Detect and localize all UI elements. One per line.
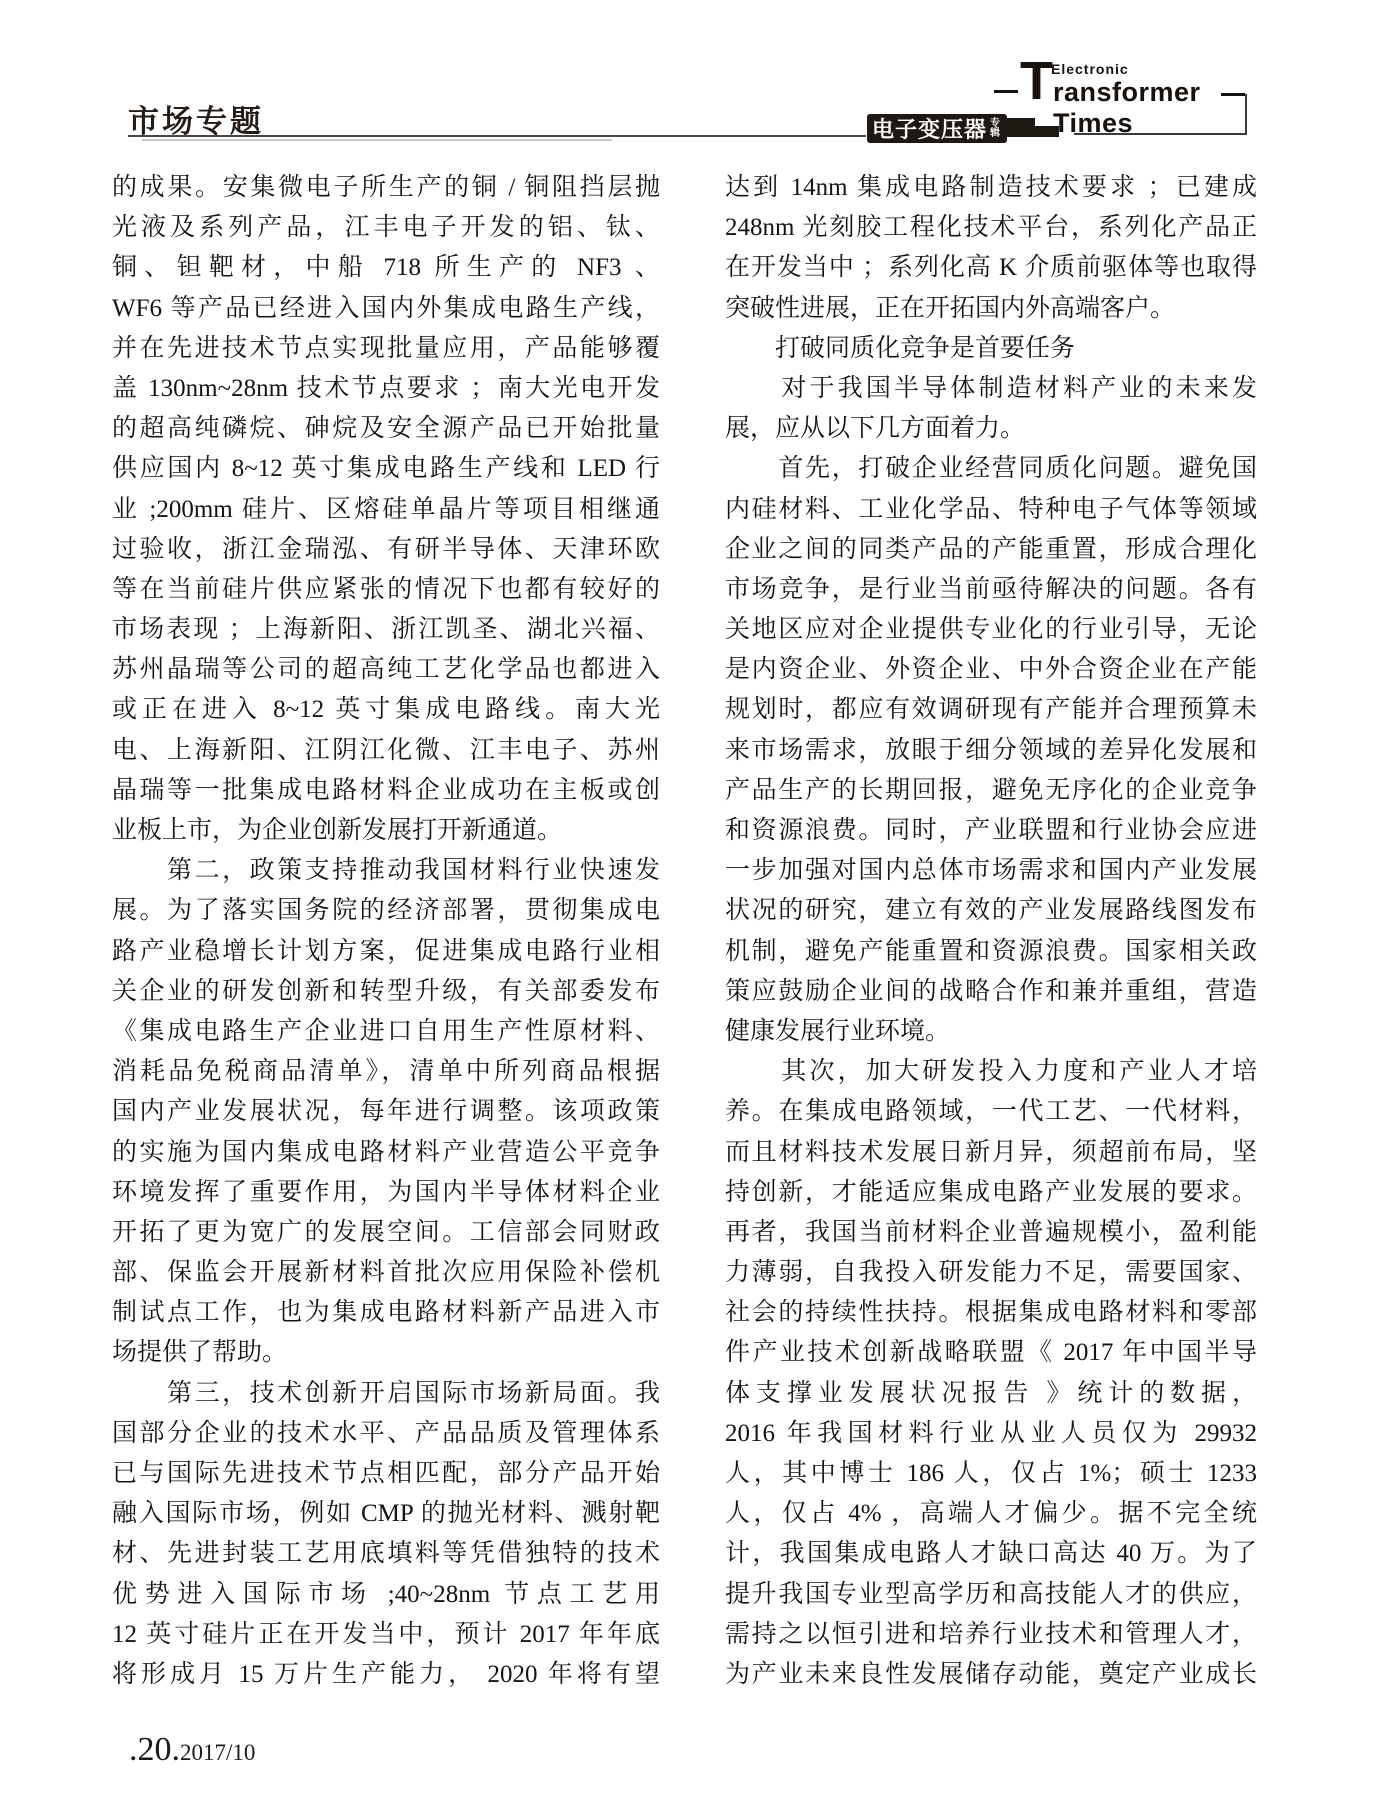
text-line: 打破同质化竞争是首要任务 [725,329,1257,369]
text-line: 是内资企业、外资企业、中外合资企业在产能 [725,650,1257,690]
text-line: 关地区应对企业提供专业化的行业引导，无论 [725,610,1257,650]
text-line: 业 ;200mm 硅片、区熔硅单晶片等项目相继通 [112,490,660,530]
text-line: 养。在集成电路领域，一代工艺、一代材料， [725,1092,1257,1132]
text-line: 苏州晶瑞等公司的超高纯工艺化学品也都进入 [112,650,660,690]
page-number: .20. [129,1731,180,1768]
text-line: 在开发当中 ；系列化高 K 介质前驱体等也取得 [725,248,1257,288]
logo-cn-sub-top: 专 [990,119,1000,129]
text-line: 第三，技术创新开启国际市场新局面。我 [112,1374,660,1414]
header-rule-line [128,135,866,137]
text-line: 制试点工作，也为集成电路材料新产品进入市 [112,1293,660,1333]
text-line: 达到 14nm 集成电路制造技术要求 ；已建成 [725,168,1257,208]
text-line: 持创新，才能适应集成电路产业发展的要求。 [725,1173,1257,1213]
text-line: 需持之以恒引进和培养行业技术和管理人才， [725,1615,1257,1655]
text-line: 并在先进技术节点实现批量应用，产品能够覆 [112,329,660,369]
text-line: 人，仅占 4% ，高端人才偏少。据不完全统 [725,1494,1257,1534]
text-line: 路产业稳增长计划方案，促进集成电路行业相 [112,932,660,972]
text-line: 计，我国集成电路人才缺口高达 40 万。为了 [725,1534,1257,1574]
text-line: 的成果。安集微电子所生产的铜 / 铜阻挡层抛 [112,168,660,208]
logo-dash-right [1221,93,1245,96]
text-line: 首先，打破企业经营同质化问题。避免国 [725,449,1257,489]
text-line: 状况的研究，建立有效的产业发展路线图发布 [725,891,1257,931]
text-line: 健康发展行业环境。 [725,1012,1257,1052]
text-line: 再者，我国当前材料企业普遍规模小，盈利能 [725,1213,1257,1253]
text-line: 人，其中博士 186 人，仅占 1%；硕士 1233 [725,1454,1257,1494]
text-line: 其次，加大研发投入力度和产业人才培 [725,1052,1257,1092]
text-line: 市场竞争，是行业当前亟待解决的问题。各有 [725,570,1257,610]
text-line: 融入国际市场，例如 CMP 的抛光材料、溅射靶 [112,1494,660,1534]
text-line: 策应鼓励企业间的战略合作和兼并重组，营造 [725,972,1257,1012]
logo-underline [1074,133,1247,135]
electronic-transformer-cn-logo: 电子变压器 专 辑 [867,114,1007,143]
text-line: 开拓了更为宽广的发展空间。工信部会同财政 [112,1213,660,1253]
logo-big-t: T [1020,56,1053,106]
text-line: 消耗品免税商品清单》，清单中所列商品根据 [112,1052,660,1092]
text-line: 盖 130nm~28nm 技术节点要求 ；南大光电开发 [112,369,660,409]
left-column: 的成果。安集微电子所生产的铜 / 铜阻挡层抛光液及系列产品，江丰电子开发的铝、钛… [112,168,660,1695]
text-line: 对于我国半导体制造材料产业的未来发 [725,369,1257,409]
header-rule-shadow [142,139,612,141]
logo-electronic-label: Electronic [1051,61,1129,77]
text-line: 光液及系列产品，江丰电子开发的铝、钛、 [112,208,660,248]
text-line: 过验收，浙江金瑞泓、有研半导体、天津环欧 [112,530,660,570]
text-line: 优势进入国际市场 ;40~28nm 节点工艺用 [112,1575,660,1615]
text-line: 部、保监会开展新材料首批次应用保险补偿机 [112,1253,660,1293]
text-line: 248nm 光刻胶工程化技术平台，系列化产品正 [725,208,1257,248]
text-line: 力薄弱，自我投入研发能力不足，需要国家、 [725,1253,1257,1293]
logo-cn-text: 电子变压器 [867,113,987,144]
text-line: 企业之间的同类产品的产能重置，形成合理化 [725,530,1257,570]
text-line: 将形成月 15 万片生产能力， 2020 年将有望 [112,1655,660,1695]
logo-transformer-times-label: ransformer Times [1053,77,1201,139]
text-line: 环境发挥了重要作用，为国内半导体材料企业 [112,1173,660,1213]
text-line: 已与国际先进技术节点相匹配，部分产品开始 [112,1454,660,1494]
text-line: 突破性进展，正在开拓国内外高端客户。 [725,289,1257,329]
text-line: 国内产业发展状况，每年进行调整。该项政策 [112,1092,660,1132]
text-line: 为产业未来良性发展储存动能，奠定产业成长 [725,1655,1257,1695]
text-line: 晶瑞等一批集成电路材料企业成功在主板或创 [112,771,660,811]
text-line: 的超高纯磷烷、砷烷及安全源产品已开始批量 [112,409,660,449]
logo-cn-sub-bottom: 辑 [990,129,1000,139]
text-line: 体支撑业发展状况报告 》统计的数据， [725,1374,1257,1414]
right-column: 达到 14nm 集成电路制造技术要求 ；已建成248nm 光刻胶工程化技术平台，… [725,168,1257,1695]
text-line: 的实施为国内集成电路材料产业营造公平竞争 [112,1133,660,1173]
text-line: 展。为了落实国务院的经济部署，贯彻集成电 [112,891,660,931]
text-line: 内硅材料、工业化学品、特种电子气体等领域 [725,490,1257,530]
text-line: 第二，政策支持推动我国材料行业快速发 [112,851,660,891]
text-line: 国部分企业的技术水平、产品品质及管理体系 [112,1414,660,1454]
text-line: 《集成电路生产企业进口自用生产性原材料、 [112,1012,660,1052]
logo-dash-left [994,90,1018,93]
text-line: 关企业的研发创新和转型升级，有关部委发布 [112,972,660,1012]
text-line: 规划时，都应有效调研现有产能并合理预算未 [725,690,1257,730]
text-line: 件产业技术创新战略联盟《 2017 年中国半导 [725,1333,1257,1373]
logo-cn-subtitle: 专 辑 [987,119,1000,139]
text-line: 2016 年我国材料行业从业人员仅为 29932 [725,1414,1257,1454]
issue-date: 2017/10 [180,1740,255,1765]
text-line: 社会的持续性扶持。根据集成电路材料和零部 [725,1293,1257,1333]
text-line: 一步加强对国内总体市场需求和国内产业发展 [725,851,1257,891]
text-line: 来市场需求，放眼于细分领域的差异化发展和 [725,731,1257,771]
text-line: 材、先进封装工艺用底填料等凭借独特的技术 [112,1534,660,1574]
logo-corner-vertical-line [1245,94,1247,135]
text-line: 和资源浪费。同时，产业联盟和行业协会应进 [725,811,1257,851]
text-line: WF6 等产品已经进入国内外集成电路生产线， [112,289,660,329]
text-line: 业板上市，为企业创新发展打开新通道。 [112,811,660,851]
text-line: 提升我国专业型高学历和高技能人才的供应， [725,1575,1257,1615]
text-line: 机制，避免产能重置和资源浪费。国家相关政 [725,932,1257,972]
text-line: 场提供了帮助。 [112,1333,660,1373]
text-line: 铜、钽靶材，中船 718 所生产的 NF3 、 [112,248,660,288]
page-footer: .20.2017/10 [129,1731,255,1769]
text-line: 展，应从以下几方面着力。 [725,409,1257,449]
text-line: 而且材料技术发展日新月异，须超前布局，坚 [725,1133,1257,1173]
text-line: 或正在进入 8~12 英寸集成电路线。南大光 [112,690,660,730]
magazine-page: { "header": { "section_title": "市场专题", "… [0,0,1380,1820]
text-line: 等在当前硅片供应紧张的情况下也都有较好的 [112,570,660,610]
text-line: 12 英寸硅片正在开发当中，预计 2017 年年底 [112,1615,660,1655]
text-line: 产品生产的长期回报，避免无序化的企业竞争 [725,771,1257,811]
logo-step-block-1 [1007,118,1035,137]
text-line: 供应国内 8~12 英寸集成电路生产线和 LED 行 [112,449,660,489]
text-line: 市场表现 ；上海新阳、浙江凯圣、湖北兴福、 [112,610,660,650]
text-line: 电、上海新阳、江阴江化微、江丰电子、苏州 [112,731,660,771]
